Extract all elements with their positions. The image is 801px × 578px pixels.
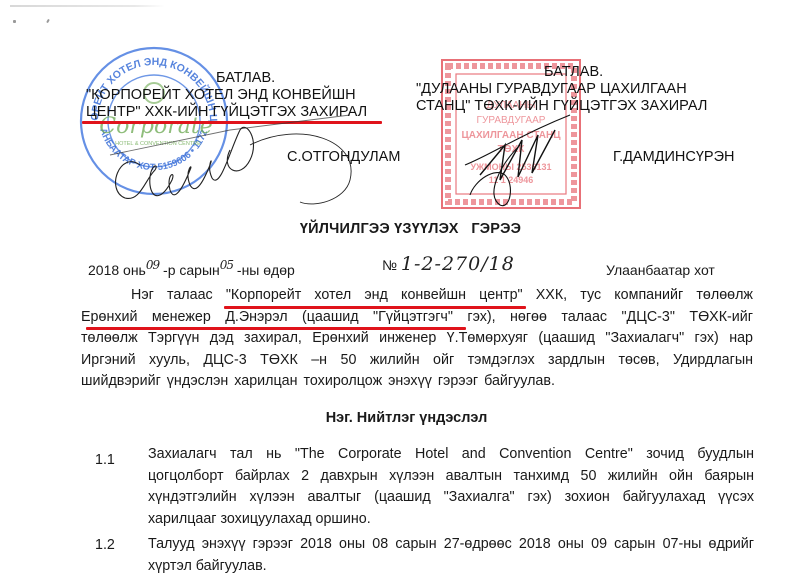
svg-text:УЖМОНЫ 2536131: УЖМОНЫ 2536131 bbox=[470, 162, 551, 172]
clause-line: цогцолборт байрлах 2 давхрын хүлээн авал… bbox=[148, 466, 754, 488]
svg-text:ЦАХИЛГААН СТАНЦ: ЦАХИЛГААН СТАНЦ bbox=[461, 130, 561, 141]
left-signer-name: С.ОТГОНДУЛАМ bbox=[287, 149, 400, 165]
intro-line: төлөөлж Тэргүүн дэд захирал, Ерөнхий инж… bbox=[81, 328, 753, 350]
clause-1-1: Захиалагч тал нь "The Corporate Hotel an… bbox=[148, 444, 754, 530]
svg-text:11 1 24946: 11 1 24946 bbox=[489, 175, 534, 185]
clause-line: харилцааг зохицуулахад оршино. bbox=[148, 509, 754, 531]
contract-date: 2018 онь09 -р сарын05 -ны өдөр bbox=[88, 262, 295, 278]
highlight-underline bbox=[224, 306, 526, 309]
clause-1-2: Талууд энэхүү гэрээг 2018 оны 08 сарын 2… bbox=[148, 534, 754, 577]
intro-line: Ерөнхий менежер Д.Энэрэл (цаашид "Гүйцэт… bbox=[81, 307, 753, 329]
right-signer-name: Г.ДАМДИНСҮРЭН bbox=[613, 149, 735, 165]
left-approval-line2: ЦЕНТР" ХХК-ИЙН ГҮЙЦЭТГЭХ ЗАХИРАЛ bbox=[86, 104, 367, 121]
scan-artifact-dot bbox=[46, 19, 50, 23]
highlight-underline bbox=[82, 121, 382, 124]
left-approval-line1: "КОРПОРЕЙТ ХОТЕЛ ЭНД КОНВЕЙШН bbox=[86, 87, 356, 104]
number-label: № bbox=[382, 257, 397, 273]
scan-artifact-line bbox=[10, 5, 165, 7]
date-day-suffix: -ны өдөр bbox=[233, 262, 295, 278]
right-approval-label: БАТЛАВ. bbox=[544, 64, 603, 81]
svg-text:ТӨХК: ТӨХК bbox=[498, 144, 526, 155]
document-title: ҮЙЛЧИЛГЭЭ ҮЗҮҮЛЭХ ГЭРЭЭ bbox=[0, 221, 801, 237]
intro-paragraph: Нэг талаас "Корпорейт хотел энд конвейшн… bbox=[81, 285, 753, 393]
scan-artifact-dot bbox=[13, 20, 16, 23]
intro-line: шийдвэрийг үндэслэн харилцан тохиролцож … bbox=[81, 371, 753, 393]
right-approval-line2: СТАНЦ" ТӨХК-ИЙН ГҮЙЦЭТГЭХ ЗАХИРАЛ bbox=[416, 98, 707, 115]
clause-line: Захиалагч тал нь "The Corporate Hotel an… bbox=[148, 444, 754, 466]
svg-text:ГУРАВДУГААР: ГУРАВДУГААР bbox=[477, 115, 546, 126]
clause-number: 1.2 bbox=[95, 537, 115, 553]
clause-line: хүндэтгэлийн хүлээн авалтыг (цаашид "Зах… bbox=[148, 487, 754, 509]
date-month-suffix: -р сарын bbox=[159, 262, 220, 278]
section-title: Нэг. Нийтлэг үндэслэл bbox=[0, 410, 801, 426]
contract-number: № 1-2-270/18 bbox=[382, 253, 515, 275]
intro-line: Иргэний хууль, ДЦС-3 ТӨХК –н 50 жилийн о… bbox=[81, 350, 753, 372]
intro-line: Нэг талаас "Корпорейт хотел энд конвейшн… bbox=[81, 285, 753, 307]
highlight-underline bbox=[86, 327, 466, 330]
date-month-handwritten: 09 bbox=[146, 258, 159, 272]
clause-line: хүртэл байгуулав. bbox=[148, 556, 754, 578]
clause-number: 1.1 bbox=[95, 452, 115, 468]
number-handwritten: 1-2-270/18 bbox=[401, 253, 515, 275]
date-year: 2018 онь bbox=[88, 262, 146, 278]
right-approval-line1: "ДУЛААНЫ ГУРАВДУГААР ЦАХИЛГААН bbox=[416, 81, 687, 98]
contract-city: Улаанбаатар хот bbox=[606, 262, 715, 278]
date-day-handwritten: 05 bbox=[220, 258, 233, 272]
svg-text:HOTEL & CONVENTION CENTRE: HOTEL & CONVENTION CENTRE bbox=[115, 141, 201, 147]
clause-line: Талууд энэхүү гэрээг 2018 оны 08 сарын 2… bbox=[148, 534, 754, 556]
left-approval-label: БАТЛАВ. bbox=[216, 70, 275, 87]
